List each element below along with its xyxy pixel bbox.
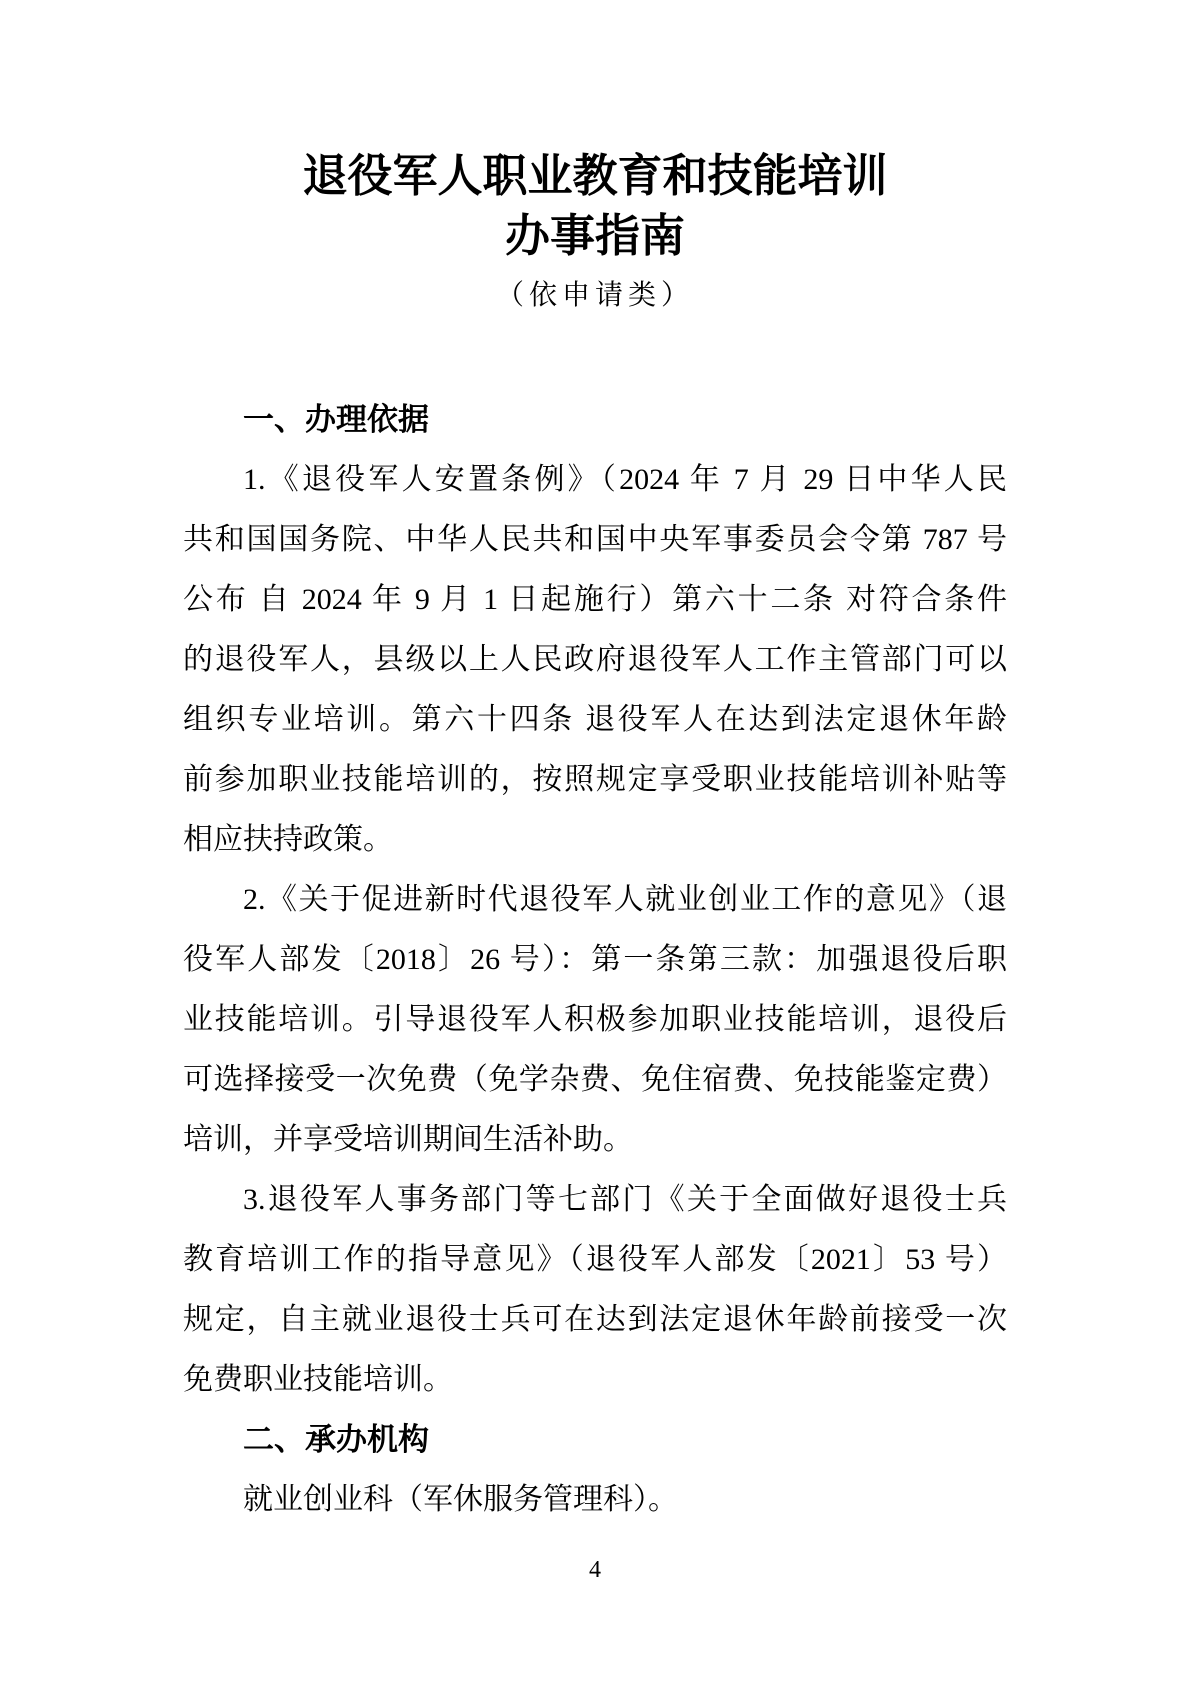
document-subtitle: （依申请类）	[0, 266, 1190, 326]
paragraph-line: 2.《关于促进新时代退役军人就业创业工作的意见》（退	[183, 870, 1007, 930]
document-title-line2: 办事指南	[90, 206, 1100, 266]
paragraph-line: 的退役军人，县级以上人民政府退役军人工作主管部门可以	[183, 630, 1007, 690]
paragraph-line: 1.《退役军人安置条例》（2024 年 7 月 29 日中华人民	[183, 450, 1007, 510]
document-page: 退役军人职业教育和技能培训 办事指南 （依申请类） 一、办理依据1.《退役军人安…	[0, 0, 1190, 1683]
paragraph-line: 相应扶持政策。	[183, 810, 1007, 870]
paragraph-line: 规定，自主就业退役士兵可在达到法定退休年龄前接受一次	[183, 1290, 1007, 1350]
paragraph-line: 可选择接受一次免费（免学杂费、免住宿费、免技能鉴定费）	[183, 1050, 1007, 1110]
paragraph-line: 免费职业技能培训。	[183, 1350, 1007, 1410]
paragraph-line: 培训，并享受培训期间生活补助。	[183, 1110, 1007, 1170]
section-heading: 二、承办机构	[183, 1410, 1007, 1470]
paragraph-line: 公布 自 2024 年 9 月 1 日起施行）第六十二条 对符合条件	[183, 570, 1007, 630]
paragraph-line: 业技能培训。引导退役军人积极参加职业技能培训，退役后	[183, 990, 1007, 1050]
section-heading: 一、办理依据	[183, 390, 1007, 450]
paragraph-line: 前参加职业技能培训的，按照规定享受职业技能培训补贴等	[183, 750, 1007, 810]
paragraph-line: 3.退役军人事务部门等七部门《关于全面做好退役士兵	[183, 1170, 1007, 1230]
page-number: 4	[0, 1556, 1190, 1584]
paragraph-line: 就业创业科（军休服务管理科）。	[183, 1470, 1007, 1530]
paragraph-line: 组织专业培训。第六十四条 退役军人在达到法定退休年龄	[183, 690, 1007, 750]
paragraph-line: 教育培训工作的指导意见》（退役军人部发〔2021〕53 号）	[183, 1230, 1007, 1290]
document-body: 一、办理依据1.《退役军人安置条例》（2024 年 7 月 29 日中华人民共和…	[183, 390, 1007, 1530]
paragraph-line: 役军人部发〔2018〕26 号）：第一条第三款：加强退役后职	[183, 930, 1007, 990]
paragraph-line: 共和国国务院、中华人民共和国中央军事委员会令第 787 号	[183, 510, 1007, 570]
document-title-line1: 退役军人职业教育和技能培训	[90, 146, 1100, 206]
